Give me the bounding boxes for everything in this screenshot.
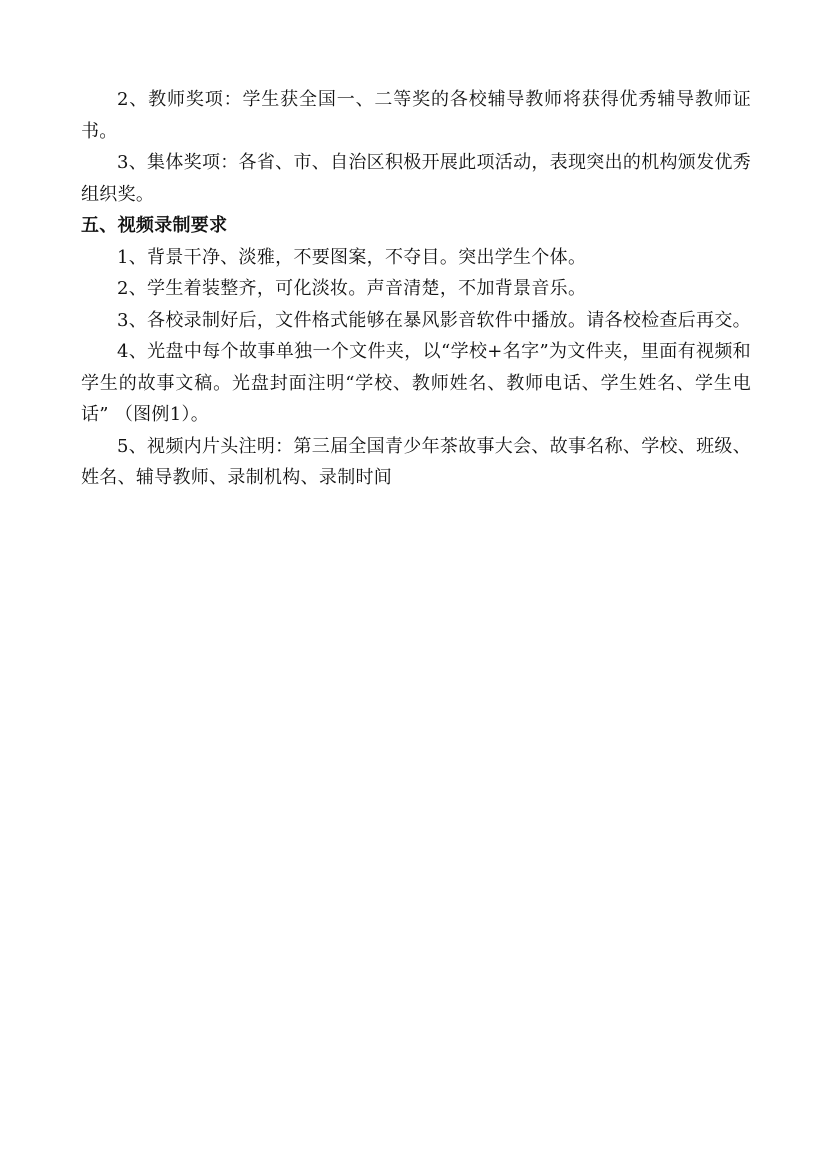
requirement-item-disc-folder: 4、光盘中每个故事单独一个文件夹，以“学校+名字”为文件夹，里面有视频和学生的故… (81, 336, 751, 431)
paragraph-group-award: 3、集体奖项：各省、市、自治区积极开展此项活动，表现突出的机构颁发优秀组织奖。 (81, 147, 751, 210)
requirement-item-attire: 2、学生着装整齐，可化淡妆。声音清楚，不加背景音乐。 (81, 273, 751, 305)
requirement-item-file-format: 3、各校录制好后，文件格式能够在暴风影音软件中播放。请各校检查后再交。 (81, 305, 751, 337)
document-page: 2、教师奖项：学生获全国一、二等奖的各校辅导教师将获得优秀辅导教师证书。 3、集… (81, 84, 751, 494)
requirement-item-title-card: 5、视频内片头注明：第三届全国青少年茶故事大会、故事名称、学校、班级、姓名、辅导… (81, 431, 751, 494)
paragraph-teacher-award: 2、教师奖项：学生获全国一、二等奖的各校辅导教师将获得优秀辅导教师证书。 (81, 84, 751, 147)
section-heading-video-requirements: 五、视频录制要求 (81, 210, 751, 242)
requirement-item-background: 1、背景干净、淡雅，不要图案，不夺目。突出学生个体。 (81, 242, 751, 274)
